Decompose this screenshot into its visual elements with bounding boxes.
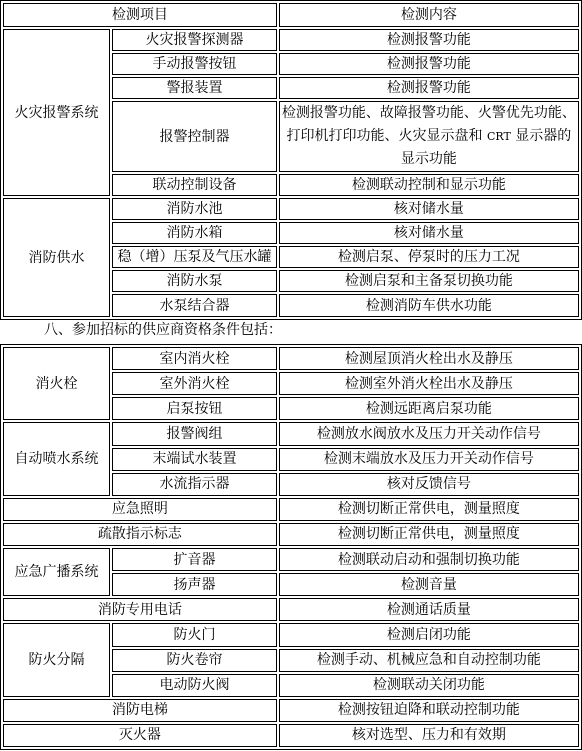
item-cell: 报警控制器 bbox=[112, 101, 277, 172]
table-row: 疏散指示标志 检测切断正常供电，测量照度 bbox=[3, 523, 579, 546]
content-cell: 检测报警功能 bbox=[279, 77, 579, 99]
inspection-table-2: 消火栓 室内消火栓 检测屋顶消火栓出水及静压 室外消火栓 检测室外消火栓出水及静… bbox=[0, 344, 582, 750]
item-cell: 扬声器 bbox=[112, 573, 277, 596]
item-cell: 消防水泵 bbox=[112, 270, 277, 292]
table-row: 灭火器 核对选型、压力和有效期 bbox=[3, 724, 579, 747]
inspection-table-1: 检测项目 检测内容 火灾报警系统 火灾报警探测器 检测报警功能 手动报警按钮 检… bbox=[0, 0, 582, 320]
item-cell: 稳（增）压泵及气压水罐 bbox=[112, 246, 277, 268]
item-cell: 防火门 bbox=[112, 623, 277, 646]
content-cell: 检测放水阀放水及压力开关动作信号 bbox=[279, 422, 579, 445]
content-cell: 检测消防车供水功能 bbox=[279, 294, 579, 317]
content-cell: 检测联动关闭功能 bbox=[279, 674, 579, 697]
content-cell-multiline: 检测报警功能、故障报警功能、火警优先功能、打印机打印功能、火灾显示盘和 CRT … bbox=[279, 101, 579, 172]
content-cell: 检测报警功能 bbox=[279, 29, 579, 51]
content-cell: 检测切断正常供电，测量照度 bbox=[279, 498, 579, 521]
content-cell: 核对选型、压力和有效期 bbox=[279, 724, 579, 747]
item-cell: 电动防火阀 bbox=[112, 674, 277, 697]
content-cell: 核对储水量 bbox=[279, 222, 579, 244]
item-cell: 启泵按钮 bbox=[112, 397, 277, 420]
item-cell: 警报装置 bbox=[112, 77, 277, 99]
item-cell-evacuation-signs: 疏散指示标志 bbox=[3, 523, 277, 546]
item-cell: 报警阀组 bbox=[112, 422, 277, 445]
item-cell-extinguisher: 灭火器 bbox=[3, 724, 277, 747]
item-cell: 室内消火栓 bbox=[112, 347, 277, 370]
item-cell-fire-elevator: 消防电梯 bbox=[3, 699, 277, 722]
content-cell: 检测报警功能 bbox=[279, 53, 579, 75]
table-row: 消防供水 消防水池 核对储水量 bbox=[3, 198, 579, 220]
content-cell: 检测屋顶消火栓出水及静压 bbox=[279, 347, 579, 370]
item-cell: 末端试水装置 bbox=[112, 448, 277, 471]
group-fire-hydrant: 消火栓 bbox=[3, 347, 110, 420]
content-cell: 核对反馈信号 bbox=[279, 473, 579, 496]
item-cell: 消防水池 bbox=[112, 198, 277, 220]
item-cell: 室外消火栓 bbox=[112, 372, 277, 395]
content-cell: 检测启闭功能 bbox=[279, 623, 579, 646]
header-item: 检测项目 bbox=[3, 3, 277, 27]
item-cell: 水泵结合器 bbox=[112, 294, 277, 317]
item-cell: 扩音器 bbox=[112, 548, 277, 571]
content-cell: 检测音量 bbox=[279, 573, 579, 596]
table-row: 自动喷水系统 报警阀组 检测放水阀放水及压力开关动作信号 bbox=[3, 422, 579, 445]
group-fire-compartment: 防火分隔 bbox=[3, 623, 110, 696]
content-text-crt: CRT bbox=[487, 130, 511, 143]
item-cell: 防火卷帘 bbox=[112, 649, 277, 672]
table-row: 消防电梯 检测按钮迫降和联动控制功能 bbox=[3, 699, 579, 722]
content-cell: 检测切断正常供电，测量照度 bbox=[279, 523, 579, 546]
content-cell: 检测按钮迫降和联动控制功能 bbox=[279, 699, 579, 722]
section-heading: 八、参加招标的供应商资格条件包括： bbox=[44, 320, 282, 340]
group-fire-water-supply: 消防供水 bbox=[3, 198, 110, 317]
table-header-row: 检测项目 检测内容 bbox=[3, 3, 579, 27]
content-cell: 检测室外消火栓出水及静压 bbox=[279, 372, 579, 395]
content-cell: 检测联动控制和显示功能 bbox=[279, 174, 579, 196]
item-cell: 手动报警按钮 bbox=[112, 53, 277, 75]
item-cell: 消防水箱 bbox=[112, 222, 277, 244]
content-cell: 检测启泵、停泵时的压力工况 bbox=[279, 246, 579, 268]
content-cell: 检测远距离启泵功能 bbox=[279, 397, 579, 420]
header-content: 检测内容 bbox=[279, 3, 579, 27]
table-row: 防火分隔 防火门 检测启闭功能 bbox=[3, 623, 579, 646]
group-emergency-broadcast: 应急广播系统 bbox=[3, 548, 110, 596]
item-cell: 水流指示器 bbox=[112, 473, 277, 496]
content-cell: 检测联动启动和强制切换功能 bbox=[279, 548, 579, 571]
item-cell-emergency-lighting: 应急照明 bbox=[3, 498, 277, 521]
content-cell: 核对储水量 bbox=[279, 198, 579, 220]
content-cell: 检测通话质量 bbox=[279, 598, 579, 621]
item-cell: 火灾报警探测器 bbox=[112, 29, 277, 51]
table-row: 火灾报警系统 火灾报警探测器 检测报警功能 bbox=[3, 29, 579, 51]
item-cell: 联动控制设备 bbox=[112, 174, 277, 196]
table-row: 消防专用电话 检测通话质量 bbox=[3, 598, 579, 621]
table-row: 应急照明 检测切断正常供电，测量照度 bbox=[3, 498, 579, 521]
table-row: 消火栓 室内消火栓 检测屋顶消火栓出水及静压 bbox=[3, 347, 579, 370]
item-cell-fire-phone: 消防专用电话 bbox=[3, 598, 277, 621]
content-cell: 检测启泵和主备泵切换功能 bbox=[279, 270, 579, 292]
table-row: 应急广播系统 扩音器 检测联动启动和强制切换功能 bbox=[3, 548, 579, 571]
content-cell: 检测手动、机械应急和自动控制功能 bbox=[279, 649, 579, 672]
group-sprinkler-system: 自动喷水系统 bbox=[3, 422, 110, 495]
group-fire-alarm-system: 火灾报警系统 bbox=[3, 29, 110, 196]
content-cell: 检测末端放水及压力开关动作信号 bbox=[279, 448, 579, 471]
